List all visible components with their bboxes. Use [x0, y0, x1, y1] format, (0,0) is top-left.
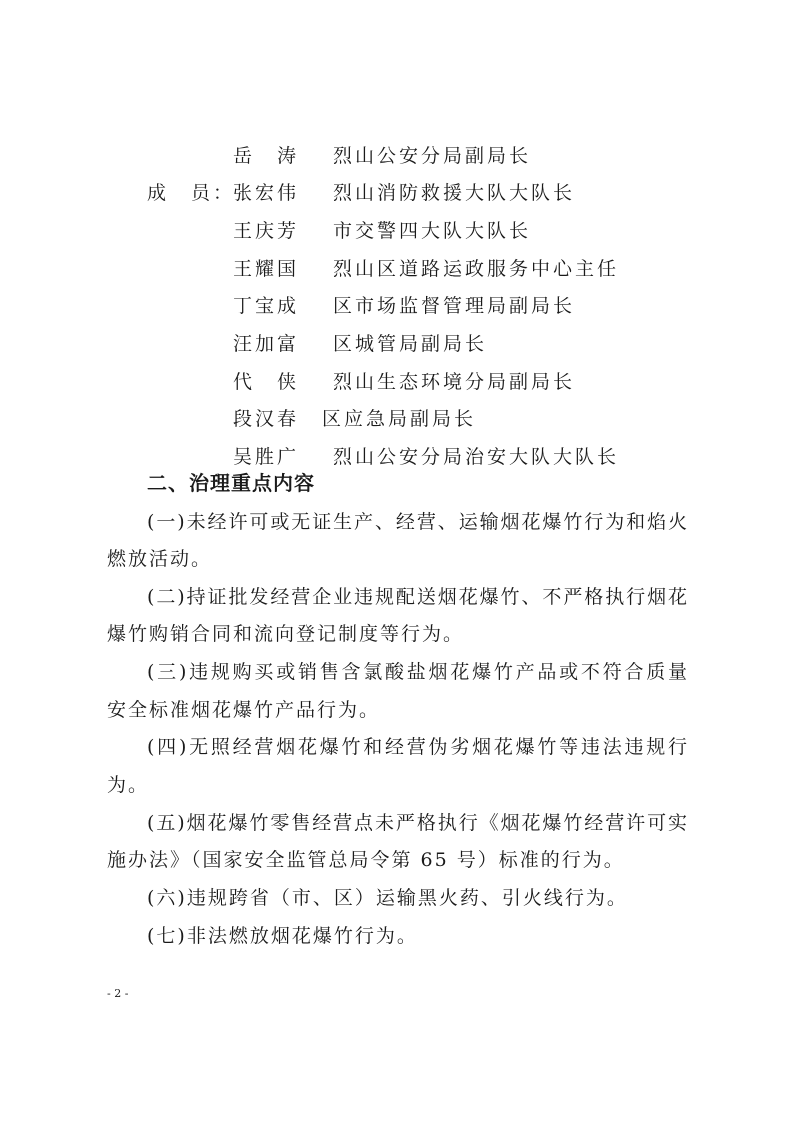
item-4-line-2: 为。 [107, 773, 149, 797]
item-3-line-2: 安全标准烟花爆竹产品行为。 [107, 698, 380, 722]
member-name: 王庆芳 [233, 219, 299, 243]
member-name: 代 侠 [233, 370, 299, 394]
member-name: 张宏伟 [233, 181, 299, 205]
member-title: 区应急局副局长 [322, 407, 476, 431]
member-title: 烈山公安分局副局长 [333, 144, 531, 168]
document-page: 岳 涛 烈山公安分局副局长 成 员： 张宏伟 烈山消防救援大队大队长 王庆芳 市… [0, 0, 793, 1122]
member-name: 吴胜广 [233, 445, 299, 469]
member-name: 丁宝成 [233, 294, 299, 318]
item-2-line-1: (二)持证批发经营企业违规配送烟花爆竹、不严格执行烟花 [147, 585, 687, 609]
member-title: 区城管局副局长 [333, 332, 487, 356]
page-number: - 2 - [107, 987, 128, 1001]
section-heading: 二、治理重点内容 [147, 471, 315, 495]
item-6-line-1: (六)违规跨省（市、区）运输黑火药、引火线行为。 [147, 886, 687, 910]
members-label: 成 员： [147, 181, 235, 205]
member-title: 区市场监督管理局副局长 [333, 294, 575, 318]
member-title: 烈山公安分局治安大队大队长 [333, 445, 619, 469]
item-7-line-1: (七)非法燃放烟花爆竹行为。 [147, 924, 687, 948]
item-3-line-1: (三)违规购买或销售含氯酸盐烟花爆竹产品或不符合质量 [147, 660, 687, 684]
member-title: 市交警四大队大队长 [333, 219, 531, 243]
member-title: 烈山消防救援大队大队长 [333, 181, 575, 205]
item-5-line-2: 施办法》（国家安全监管总局令第 65 号）标准的行为。 [107, 848, 625, 872]
member-name: 段汉春 [233, 407, 299, 431]
item-1-line-2: 燃放活动。 [107, 547, 212, 571]
member-name: 王耀国 [233, 257, 299, 281]
member-name: 岳 涛 [233, 144, 299, 168]
item-2-line-2: 爆竹购销合同和流向登记制度等行为。 [107, 622, 464, 646]
member-title: 烈山区道路运政服务中心主任 [333, 257, 619, 281]
member-name: 汪加富 [233, 332, 299, 356]
member-title: 烈山生态环境分局副局长 [333, 370, 575, 394]
item-5-line-1: (五)烟花爆竹零售经营点未严格执行《烟花爆竹经营许可实 [147, 811, 687, 835]
item-1-line-1: (一)未经许可或无证生产、经营、运输烟花爆竹行为和焰火 [147, 510, 687, 534]
item-4-line-1: (四)无照经营烟花爆竹和经营伪劣烟花爆竹等违法违规行 [147, 735, 687, 759]
